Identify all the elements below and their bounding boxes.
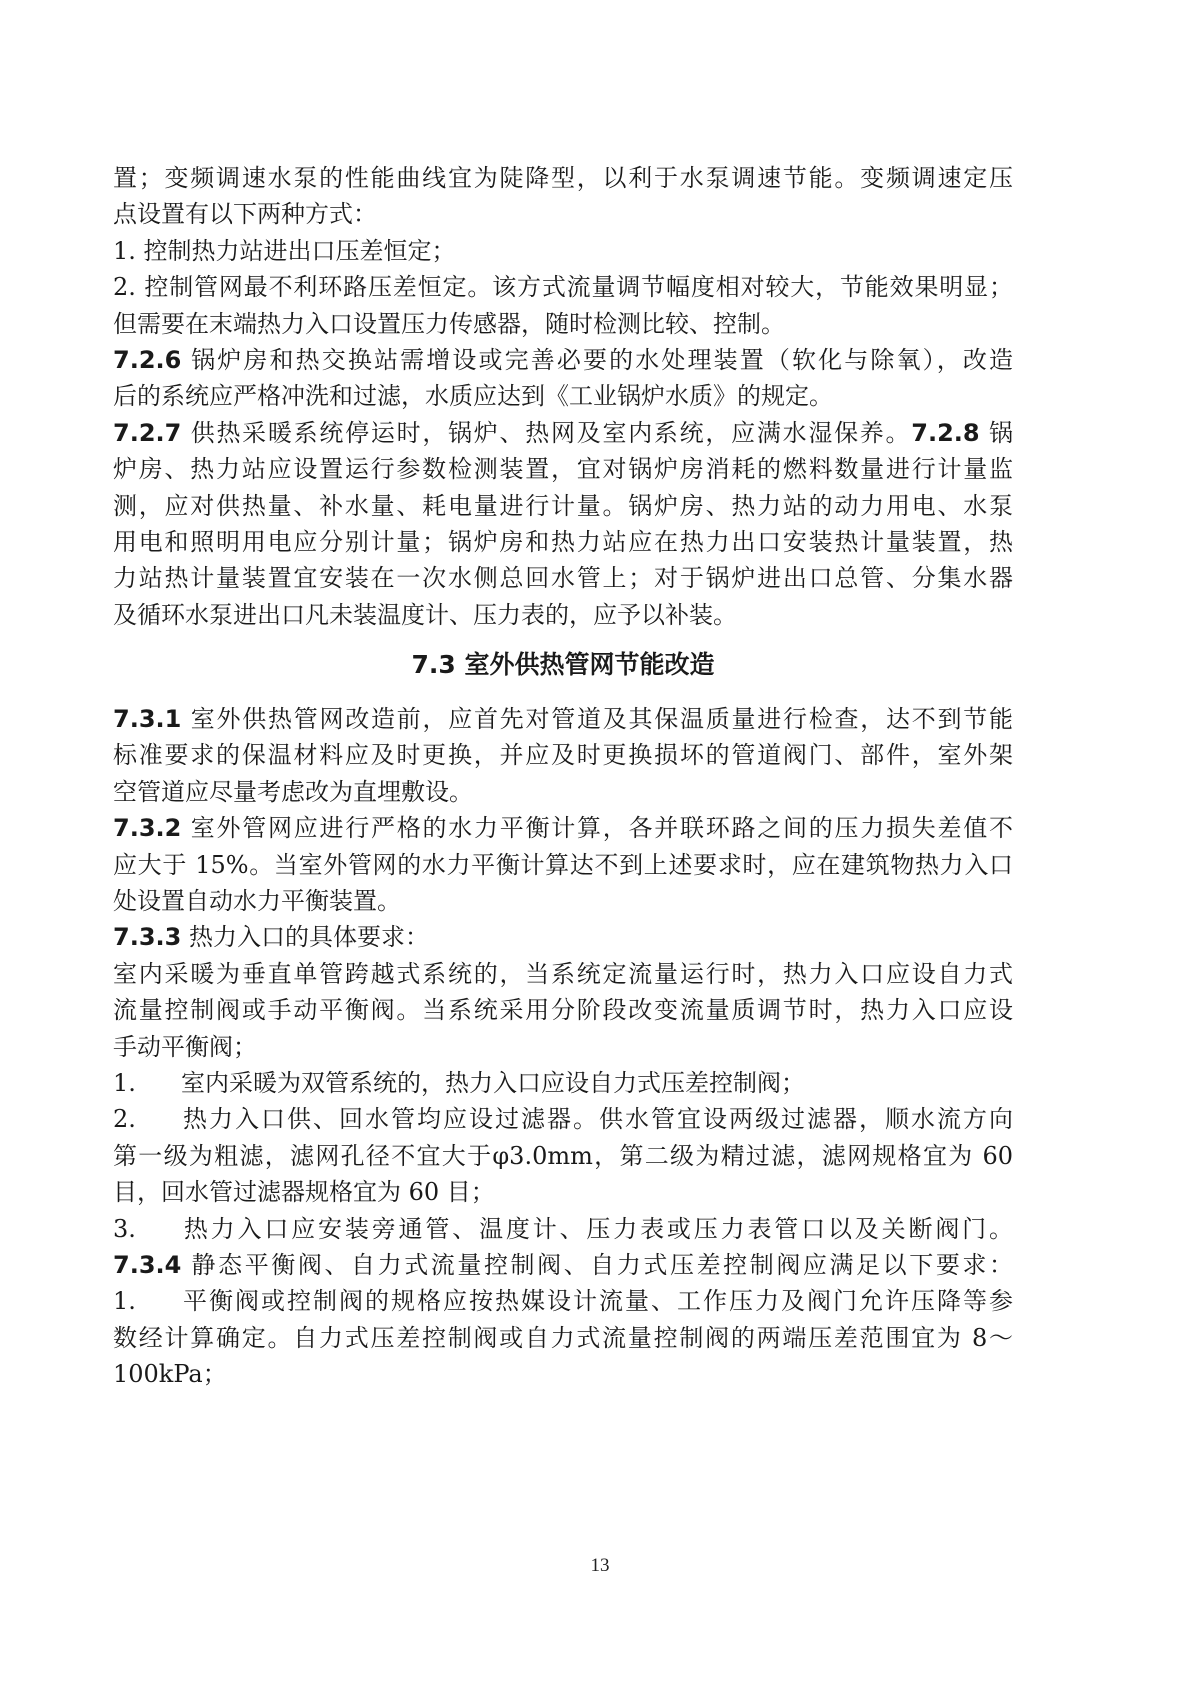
list-item: 1. 控制热力站进出口压差恒定；	[113, 233, 1013, 269]
clause-7-2-6: 7.2.6 锅炉房和热交换站需增设或完善必要的水处理装置（软化与除氧），改造	[113, 342, 1013, 378]
item-text: 热力入口应安装旁通管、温度计、压力表或压力表管口以及关断阀门。	[181, 1215, 1013, 1243]
clause-text: 静态平衡阀、自力式流量控制阀、自力式压差控制阀应满足以下要求：	[181, 1251, 1013, 1279]
list-item: 1.平衡阀或控制阀的规格应按热媒设计流量、工作压力及阀门允许压降等参	[113, 1283, 1013, 1319]
text-line: 力站热计量装置宜安装在一次水侧总回水管上；对于锅炉进出口总管、分集水器	[113, 560, 1013, 596]
item-text: 室内采暖为双管系统的，热力入口应设自力式压差控制阀；	[181, 1069, 805, 1097]
clause-number: 7.3.4	[113, 1251, 181, 1279]
clause-text: 热力入口的具体要求：	[181, 923, 429, 951]
list-item: 1.室内采暖为双管系统的，热力入口应设自力式压差控制阀；	[113, 1065, 1013, 1101]
clause-text: 室外管网应进行严格的水力平衡计算，各并联环路之间的压力损失差值不	[181, 814, 1013, 842]
text-line: 流量控制阀或手动平衡阀。当系统采用分阶段改变流量质调节时，热力入口应设	[113, 992, 1013, 1028]
section-heading: 7.3 室外供热管网节能改造	[113, 647, 1013, 683]
item-number: 3.	[113, 1211, 181, 1247]
clause-text: 室外供热管网改造前，应首先对管道及其保温质量进行检查，达不到节能	[181, 705, 1013, 733]
text-line: 置；变频调速水泵的性能曲线宜为陡降型，以利于水泵调速节能。变频调速定压	[113, 160, 1013, 196]
page-number: 13	[0, 1555, 1200, 1577]
clause-number: 7.2.8	[911, 419, 979, 447]
clause-number: 7.3.3	[113, 923, 181, 951]
clause-text: 供热采暖系统停运时，锅炉、热网及室内系统，应满水湿保养。	[181, 419, 911, 447]
clause-number: 7.2.7	[113, 419, 181, 447]
item-number: 1.	[113, 1283, 181, 1319]
clause-number: 7.2.6	[113, 346, 181, 374]
text-line: 100kPa；	[113, 1356, 1013, 1392]
item-text: 热力入口供、回水管均应设过滤器。供水管宜设两级过滤器，顺水流方向	[181, 1105, 1013, 1133]
document-page-body: 置；变频调速水泵的性能曲线宜为陡降型，以利于水泵调速节能。变频调速定压 点设置有…	[113, 160, 1013, 1393]
clause-7-3-2: 7.3.2 室外管网应进行严格的水力平衡计算，各并联环路之间的压力损失差值不	[113, 810, 1013, 846]
text-line: 点设置有以下两种方式：	[113, 196, 1013, 232]
clause-7-3-4: 7.3.4 静态平衡阀、自力式流量控制阀、自力式压差控制阀应满足以下要求：	[113, 1247, 1013, 1283]
text-line: 手动平衡阀；	[113, 1029, 1013, 1065]
text-line: 室内采暖为垂直单管跨越式系统的，当系统定流量运行时，热力入口应设自力式	[113, 956, 1013, 992]
text-line: 炉房、热力站应设置运行参数检测装置，宜对锅炉房消耗的燃料数量进行计量监	[113, 451, 1013, 487]
list-item: 2.热力入口供、回水管均应设过滤器。供水管宜设两级过滤器，顺水流方向	[113, 1101, 1013, 1137]
text-line: 处设置自动水力平衡装置。	[113, 883, 1013, 919]
text-line: 应大于 15%。当室外管网的水力平衡计算达不到上述要求时，应在建筑物热力入口	[113, 847, 1013, 883]
clause-7-3-3: 7.3.3 热力入口的具体要求：	[113, 919, 1013, 955]
clause-text: 锅	[980, 419, 1013, 447]
item-number: 2.	[113, 1101, 181, 1137]
text-line: 测，应对供热量、补水量、耗电量进行计量。锅炉房、热力站的动力用电、水泵	[113, 488, 1013, 524]
item-text: 平衡阀或控制阀的规格应按热媒设计流量、工作压力及阀门允许压降等参	[181, 1287, 1013, 1315]
text-line: 用电和照明用电应分别计量；锅炉房和热力站应在热力出口安装热计量装置，热	[113, 524, 1013, 560]
clause-number: 7.3.2	[113, 814, 181, 842]
text-line: 标准要求的保温材料应及时更换，并应及时更换损坏的管道阀门、部件，室外架	[113, 737, 1013, 773]
list-item: 2. 控制管网最不利环路压差恒定。该方式流量调节幅度相对较大，节能效果明显；	[113, 269, 1013, 305]
clause-7-2-7: 7.2.7 供热采暖系统停运时，锅炉、热网及室内系统，应满水湿保养。7.2.8 …	[113, 415, 1013, 451]
text-line: 数经计算确定。自力式压差控制阀或自力式流量控制阀的两端压差范围宜为 8～	[113, 1320, 1013, 1356]
text-line: 及循环水泵进出口凡未装温度计、压力表的，应予以补装。	[113, 597, 1013, 633]
text-line: 后的系统应严格冲洗和过滤，水质应达到《工业锅炉水质》的规定。	[113, 378, 1013, 414]
text-line: 但需要在末端热力入口设置压力传感器，随时检测比较、控制。	[113, 306, 1013, 342]
text-line: 第一级为粗滤，滤网孔径不宜大于φ3.0mm，第二级为精过滤，滤网规格宜为 60	[113, 1138, 1013, 1174]
list-item: 3.热力入口应安装旁通管、温度计、压力表或压力表管口以及关断阀门。	[113, 1211, 1013, 1247]
text-line: 空管道应尽量考虑改为直埋敷设。	[113, 774, 1013, 810]
clause-number: 7.3.1	[113, 705, 181, 733]
clause-text: 锅炉房和热交换站需增设或完善必要的水处理装置（软化与除氧），改造	[181, 346, 1013, 374]
clause-7-3-1: 7.3.1 室外供热管网改造前，应首先对管道及其保温质量进行检查，达不到节能	[113, 701, 1013, 737]
item-number: 1.	[113, 1065, 181, 1101]
text-line: 目，回水管过滤器规格宜为 60 目；	[113, 1174, 1013, 1210]
